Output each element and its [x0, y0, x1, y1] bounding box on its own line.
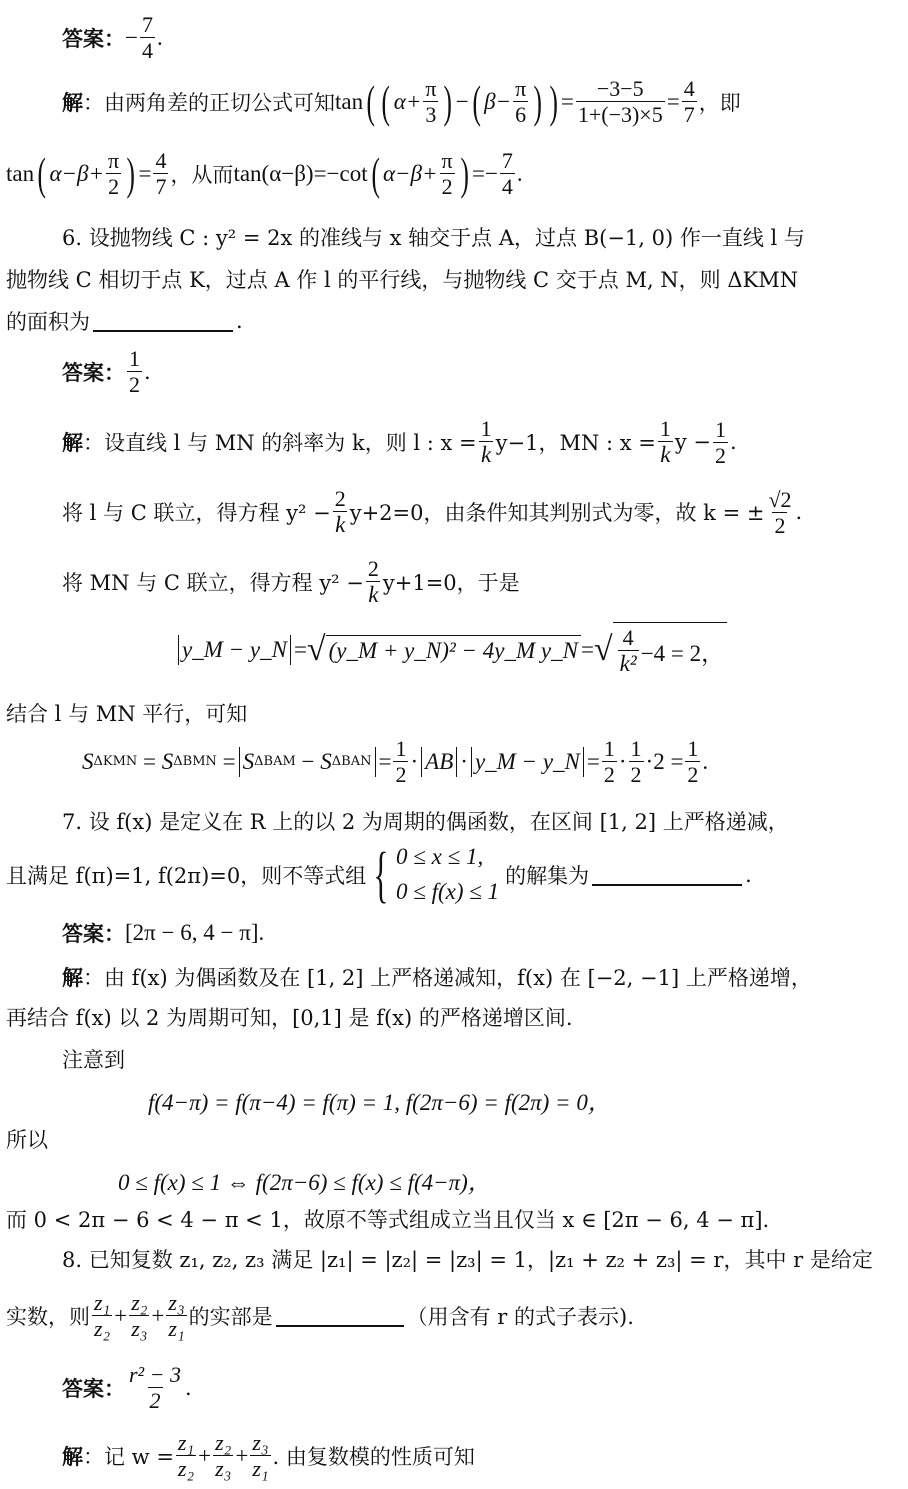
p7-equation1: f(4−π) = f(π−4) = f(π) = 1, f(2π−6) = f(…	[148, 1084, 611, 1117]
answer-blank	[276, 1305, 404, 1327]
p7-question-line2: 且满足 f(π)=1, f(2π)=0，则不等式组 { 0 ≤ x ≤ 1,0 …	[6, 840, 752, 909]
p6-equation1: y_M − y_N = √(y_M + y_N)² − 4y_M y_N = √…	[175, 622, 727, 678]
p8-answer-line: 答案： r² − 32 .	[62, 1362, 192, 1414]
p7-note: 注意到	[62, 1044, 125, 1074]
p7-conclusion: 而 0 < 2π − 6 < 4 − π < 1，故原不等式组成立当且仅当 x …	[6, 1204, 769, 1234]
p6-solution-line2: 将 l 与 C 联立，得方程 y² − 2k y+2=0，由条件知其判别式为零，…	[62, 486, 802, 539]
p8-question-line2: 实数，则 z₁z₂+ z₂z₃+ z₃z₁ 的实部是 （用含有 r 的式子表示)…	[6, 1290, 634, 1342]
p8-question-line1: 8. 已知复数 z₁, z₂, z₃ 满足 |z₁| = |z₂| = |z₃|…	[62, 1244, 873, 1274]
p6-question-line3: 的面积为 .	[6, 306, 243, 336]
p7-question-line1: 7. 设 f(x) 是定义在 R 上的以 2 为周期的偶函数，在区间 [1, 2…	[62, 806, 789, 836]
p6-solution-line3: 将 MN 与 C 联立，得方程 y² − 2k y+1=0，于是	[62, 556, 520, 609]
solution-label: 解	[62, 87, 83, 117]
p7-equation2: 0 ≤ f(x) ≤ 1 ⇔ f(2π−6) ≤ f(x) ≤ f(4−π)，	[118, 1164, 491, 1197]
fraction: 74	[140, 12, 155, 64]
p7-solution-line2: 再结合 f(x) 以 2 为周期可知，[0,1] 是 f(x) 的严格递增区间.	[6, 1002, 573, 1032]
p6-answer-line: 答案： 12 .	[62, 346, 151, 398]
p5-answer-line: 答案： − 74 .	[62, 12, 163, 64]
p7-answer-line: 答案：[2π − 6, 4 − π].	[62, 918, 264, 948]
p7-so: 所以	[6, 1124, 48, 1154]
p6-combine: 结合 l 与 MN 平行，可知	[6, 698, 247, 728]
p6-question-line2: 抛物线 C 相切于点 K，过点 A 作 l 的平行线，与抛物线 C 交于点 M,…	[6, 264, 798, 294]
answer-blank	[93, 310, 233, 332]
p5-solution-line2: tan ( α−β+ π2 ) = 47 ，从而 tan(α−β)=−cot (…	[6, 148, 523, 200]
answer-label: 答案：	[62, 23, 125, 53]
p6-equation2: SΔKMN = SΔBMN = SΔBAM − SΔBAN = 12 ·AB· …	[82, 736, 708, 788]
p6-solution-line1: 解 ：设直线 l 与 MN 的斜率为 k，则 l : x = 1k y−1，MN…	[62, 416, 737, 469]
inequality-system: 0 ≤ x ≤ 1,0 ≤ f(x) ≤ 1	[396, 840, 499, 909]
p5-solution-line1: 解 ：由两角差的正切公式可知 tan (( α+ π3 ) − ( β− π6 …	[62, 76, 741, 128]
p6-question-line1: 6. 设抛物线 C : y² = 2x 的准线与 x 轴交于点 A，过点 B(−…	[62, 222, 805, 252]
answer-blank	[592, 864, 742, 886]
p8-solution-line: 解 ：记 w = z₁z₂+ z₂z₃+ z₃z₁ . 由复数模的性质可知	[62, 1430, 475, 1482]
p7-solution-line1: 解：由 f(x) 为偶函数及在 [1, 2] 上严格递减知，f(x) 在 [−2…	[62, 962, 812, 992]
